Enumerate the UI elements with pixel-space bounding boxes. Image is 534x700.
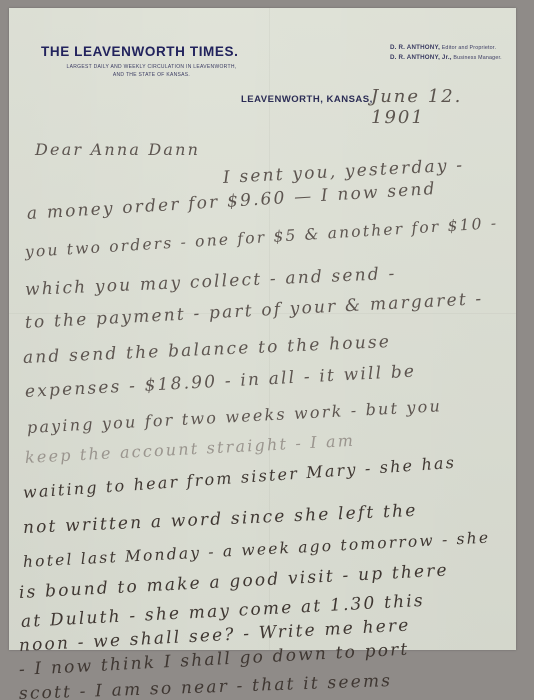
staff-name: D. R. ANTHONY, Jr., [390, 54, 452, 61]
letter-line: and send the balance to the house [23, 332, 392, 368]
letter-line: you two orders - one for $5 & another fo… [24, 214, 498, 261]
tagline-line-1: Largest Daily and Weekly Circulation in … [59, 63, 244, 71]
staff-role: Editor and Proprietor. [442, 45, 496, 51]
salutation: Dear Anna Dann [35, 140, 200, 159]
masthead-tagline: Largest Daily and Weekly Circulation in … [59, 63, 244, 79]
staff-list: D. R. ANTHONY, Editor and Proprietor. D.… [390, 43, 502, 63]
tagline-line-2: and the State of Kansas. [59, 71, 244, 79]
letter-line: not written a word since she left the [23, 501, 418, 538]
staff-line-editor: D. R. ANTHONY, Editor and Proprietor. [390, 43, 502, 53]
letter-line: which you may collect - and send - [25, 264, 397, 300]
letter-line: expenses - $18.90 - in all - it will be [24, 362, 416, 402]
letter-line: keep the account straight - I am [25, 431, 356, 467]
letter-date: June 12. 1901 [371, 86, 516, 128]
letter-line: paying you for two weeks work - but you [27, 396, 443, 437]
staff-line-manager: D. R. ANTHONY, Jr., Business Manager. [390, 53, 502, 63]
place-line: LEAVENWORTH, KANSAS, [241, 94, 373, 105]
letter-page: THE LEAVENWORTH TIMES. Largest Daily and… [9, 8, 516, 650]
staff-role: Business Manager. [453, 55, 501, 61]
staff-name: D. R. ANTHONY, [390, 44, 440, 51]
newspaper-masthead: THE LEAVENWORTH TIMES. [41, 44, 238, 59]
